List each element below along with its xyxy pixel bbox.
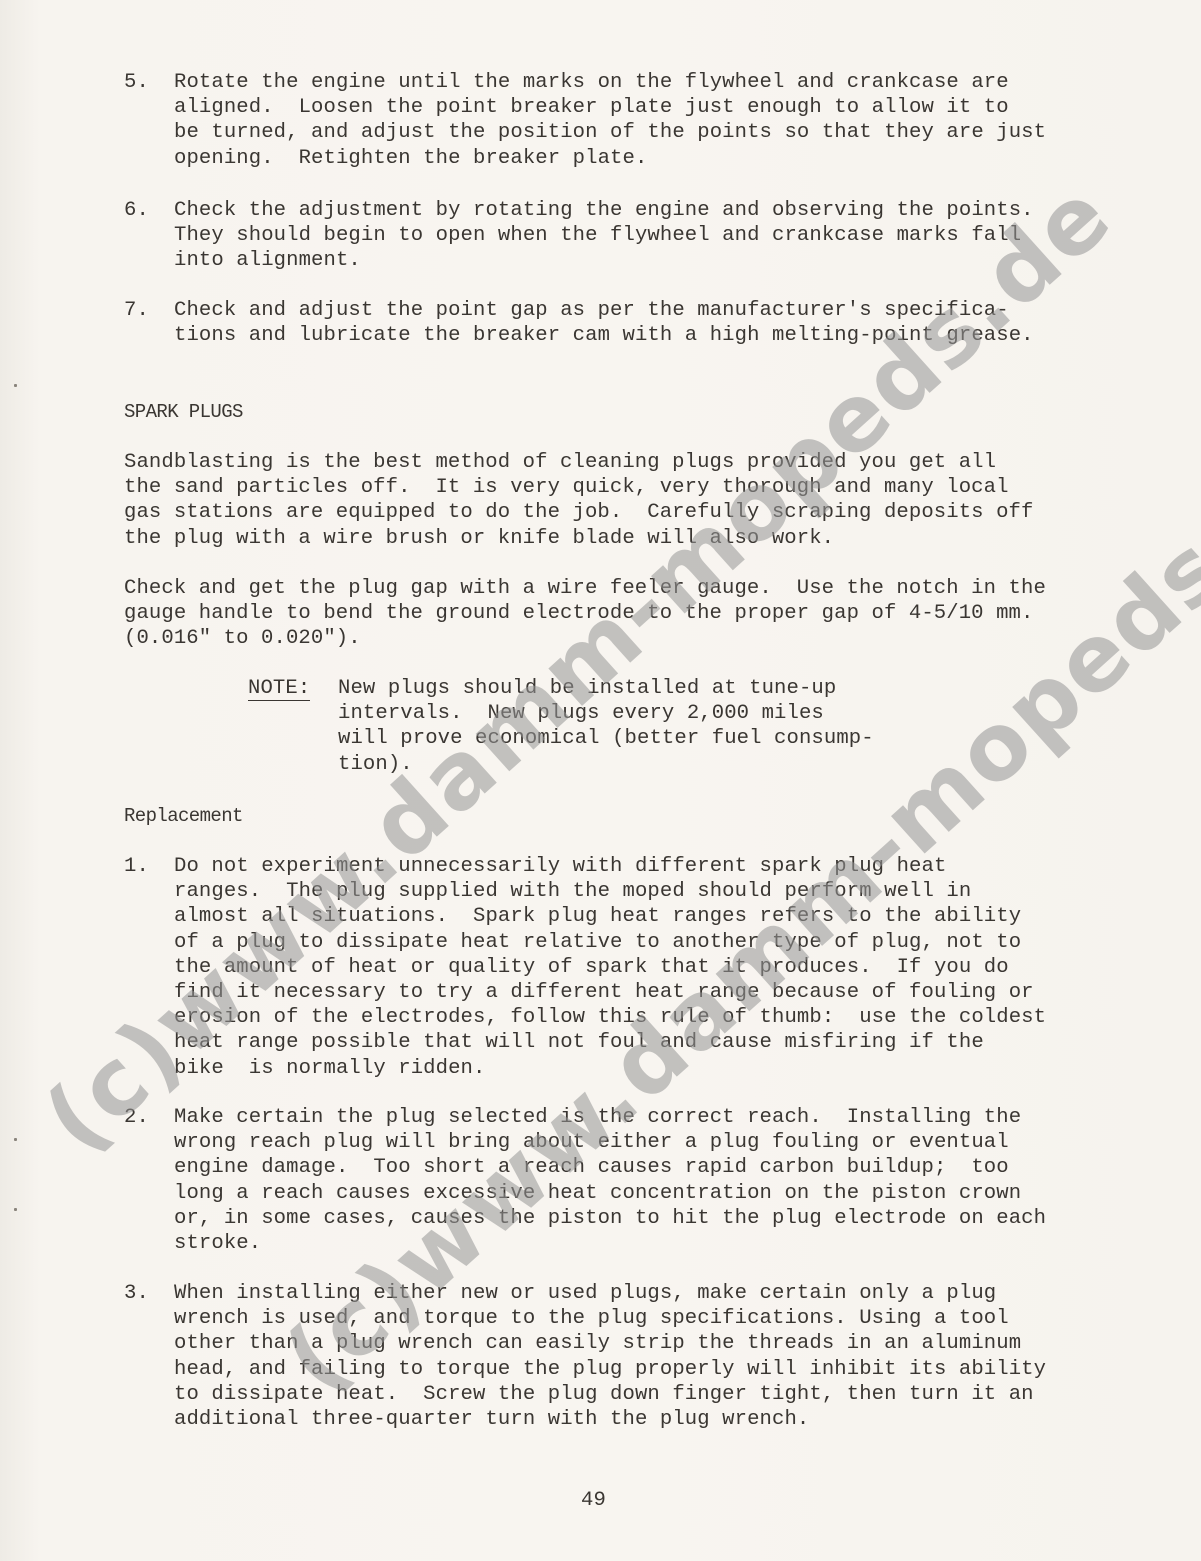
step-text-line: stroke. — [174, 1231, 261, 1256]
note-text-line: New plugs should be installed at tune-up — [338, 676, 836, 701]
step-text-line: They should begin to open when the flywh… — [174, 223, 1021, 248]
step-text-line: long a reach causes excessive heat conce… — [174, 1181, 1021, 1206]
step-text-line: heat range possible that will not foul a… — [174, 1030, 984, 1055]
paragraph-line: gas stations are equipped to do the job.… — [124, 500, 1033, 525]
paragraph-line: (0.016" to 0.020"). — [124, 626, 361, 651]
step-text-line: ranges. The plug supplied with the moped… — [174, 879, 971, 904]
step-number: 1. — [124, 854, 149, 879]
section-heading: SPARK PLUGS — [124, 400, 243, 425]
note-text-line: intervals. New plugs every 2,000 miles — [338, 701, 824, 726]
paragraph-line: the sand particles off. It is very quick… — [124, 475, 1009, 500]
step-text-line: additional three-quarter turn with the p… — [174, 1407, 809, 1432]
scan-edge-mark — [14, 1138, 17, 1141]
step-text-line: Rotate the engine until the marks on the… — [174, 70, 1009, 95]
step-text-line: be turned, and adjust the position of th… — [174, 120, 1046, 145]
step-number: 3. — [124, 1281, 149, 1306]
step-text-line: other than a plug wrench can easily stri… — [174, 1331, 1021, 1356]
step-text-line: wrong reach plug will bring about either… — [174, 1130, 1009, 1155]
step-text-line: tions and lubricate the breaker cam with… — [174, 323, 1034, 348]
step-text-line: engine damage. Too short a reach causes … — [174, 1155, 1009, 1180]
step-text-line: or, in some cases, causes the piston to … — [174, 1206, 1046, 1231]
step-text-line: opening. Retighten the breaker plate. — [174, 146, 647, 171]
step-text-line: to dissipate heat. Screw the plug down f… — [174, 1382, 1034, 1407]
subheading: Replacement — [124, 804, 243, 829]
step-text-line: of a plug to dissipate heat relative to … — [174, 930, 1021, 955]
step-text-line: When installing either new or used plugs… — [174, 1281, 996, 1306]
step-text-line: aligned. Loosen the point breaker plate … — [174, 95, 1009, 120]
step-text-line: find it necessary to try a different hea… — [174, 980, 1034, 1005]
step-text-line: Check and adjust the point gap as per th… — [174, 298, 1009, 323]
note-text-line: tion). — [338, 752, 413, 777]
step-text-line: almost all situations. Spark plug heat r… — [174, 904, 1021, 929]
step-text-line: the amount of heat or quality of spark t… — [174, 955, 1009, 980]
step-text-line: wrench is used, and torque to the plug s… — [174, 1306, 1009, 1331]
step-text-line: bike is normally ridden. — [174, 1056, 485, 1081]
step-number: 5. — [124, 70, 149, 95]
page-number: 49 — [581, 1488, 606, 1513]
note-text-line: will prove economical (better fuel consu… — [338, 726, 874, 751]
step-text-line: Make certain the plug selected is the co… — [174, 1105, 1021, 1130]
step-text-line: erosion of the electrodes, follow this r… — [174, 1005, 1046, 1030]
scan-edge-mark — [14, 1208, 17, 1211]
step-text-line: Check the adjustment by rotating the eng… — [174, 198, 1034, 223]
step-number: 7. — [124, 298, 149, 323]
step-text-line: into alignment. — [174, 248, 361, 273]
paragraph-line: Check and get the plug gap with a wire f… — [124, 576, 1046, 601]
paragraph-line: gauge handle to bend the ground electrod… — [124, 601, 1033, 626]
paragraph-line: the plug with a wire brush or knife blad… — [124, 526, 834, 551]
step-text-line: head, and failing to torque the plug pro… — [174, 1357, 1046, 1382]
step-text-line: Do not experiment unnecessarily with dif… — [174, 854, 946, 879]
step-number: 6. — [124, 198, 149, 223]
scan-edge-mark — [14, 384, 17, 387]
note-label: NOTE: — [248, 678, 310, 701]
step-number: 2. — [124, 1105, 149, 1130]
paragraph-line: Sandblasting is the best method of clean… — [124, 450, 996, 475]
